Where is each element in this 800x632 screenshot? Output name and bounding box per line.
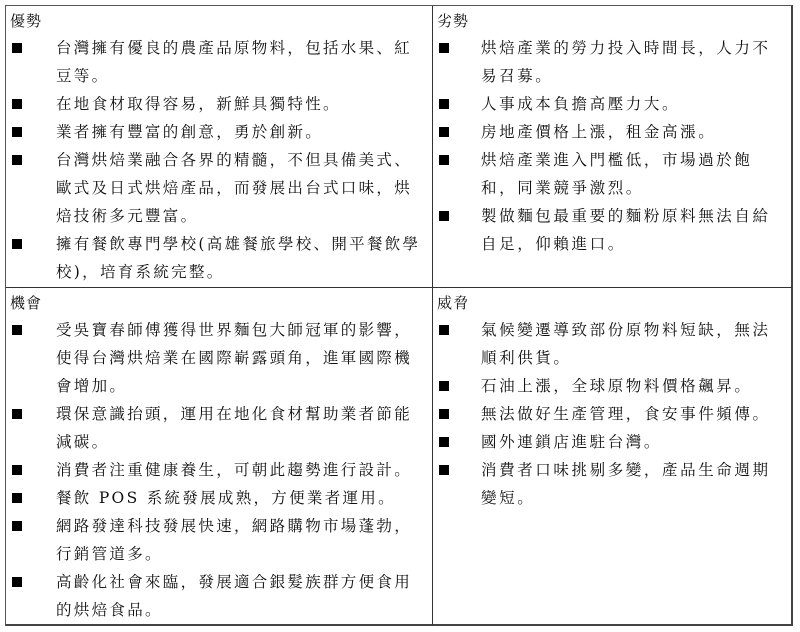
square-bullet-icon [439,381,449,391]
list-item: 人事成本負擔高壓力大。 [437,90,782,118]
list-item: 業者擁有豐富的創意，勇於創新。 [10,118,422,146]
list-item: 製做麵包最重要的麵粉原料無法自給自足，仰賴進口。 [437,202,782,258]
strengths-cell: 優勢 台灣擁有優良的農產品原物料，包括水果、紅豆等。 在地食材取得容易，新鮮具獨… [6,6,433,288]
strengths-title: 優勢 [10,8,422,34]
list-item: 石油上漲，全球原物料價格飆昇。 [437,372,782,400]
list-item: 受吳寶春師傅獲得世界麵包大師冠軍的影響，使得台灣烘焙業在國際嶄露頭角，進軍國際機… [10,316,422,400]
square-bullet-icon [12,493,22,503]
list-item: 台灣擁有優良的農產品原物料，包括水果、紅豆等。 [10,34,422,90]
square-bullet-icon [439,99,449,109]
list-item: 烘焙產業進入門檻低，市場過於飽和，同業競爭激烈。 [437,146,782,202]
square-bullet-icon [439,409,449,419]
list-item: 台灣烘焙業融合各界的精髓，不但具備美式、歐式及日式烘焙產品，而發展出台式口味，烘… [10,146,422,230]
square-bullet-icon [12,465,22,475]
square-bullet-icon [12,325,22,335]
square-bullet-icon [12,43,22,53]
threats-title: 威脅 [437,290,782,316]
weaknesses-cell: 劣勢 烘焙產業的勞力投入時間長，人力不易召募。 人事成本負擔高壓力大。 房地產價… [433,6,792,288]
square-bullet-icon [439,325,449,335]
list-item: 房地產價格上漲，租金高漲。 [437,118,782,146]
weaknesses-list: 烘焙產業的勞力投入時間長，人力不易召募。 人事成本負擔高壓力大。 房地產價格上漲… [437,34,782,258]
swot-table: 優勢 台灣擁有優良的農產品原物料，包括水果、紅豆等。 在地食材取得容易，新鮮具獨… [5,5,793,626]
square-bullet-icon [12,239,22,249]
list-item: 高齡化社會來臨，發展適合銀髮族群方便食用的烘焙食品。 [10,568,422,624]
threats-list: 氣候變遷導致部份原物料短缺，無法順利供貨。 石油上漲，全球原物料價格飆昇。 無法… [437,316,782,512]
list-item: 網路發達科技發展快速，網路購物市場蓬勃，行銷管道多。 [10,512,422,568]
square-bullet-icon [12,521,22,531]
list-item: 氣候變遷導致部份原物料短缺，無法順利供貨。 [437,316,782,372]
weaknesses-title: 劣勢 [437,8,782,34]
square-bullet-icon [439,211,449,221]
list-item: 國外連鎖店進駐台灣。 [437,428,782,456]
square-bullet-icon [12,155,22,165]
list-item: 消費者口味挑剔多變，產品生命週期變短。 [437,456,782,512]
square-bullet-icon [12,577,22,587]
list-item: 環保意識抬頭，運用在地化食材幫助業者節能減碳。 [10,400,422,456]
list-item: 擁有餐飲專門學校(高雄餐旅學校、開平餐飲學校)，培育系統完整。 [10,230,422,286]
threats-cell: 威脅 氣候變遷導致部份原物料短缺，無法順利供貨。 石油上漲，全球原物料價格飆昇。… [433,288,792,625]
list-item: 消費者注重健康養生，可朝此趨勢進行設計。 [10,456,422,484]
square-bullet-icon [12,99,22,109]
opportunities-list: 受吳寶春師傅獲得世界麵包大師冠軍的影響，使得台灣烘焙業在國際嶄露頭角，進軍國際機… [10,316,422,624]
list-item: 餐飲 POS 系統發展成熟，方便業者運用。 [10,484,422,512]
strengths-list: 台灣擁有優良的農產品原物料，包括水果、紅豆等。 在地食材取得容易，新鮮具獨特性。… [10,34,422,286]
list-item: 無法做好生產管理，食安事件頻傳。 [437,400,782,428]
square-bullet-icon [12,127,22,137]
opportunities-title: 機會 [10,290,422,316]
square-bullet-icon [439,155,449,165]
opportunities-cell: 機會 受吳寶春師傅獲得世界麵包大師冠軍的影響，使得台灣烘焙業在國際嶄露頭角，進軍… [6,288,433,625]
square-bullet-icon [439,465,449,475]
list-item: 在地食材取得容易，新鮮具獨特性。 [10,90,422,118]
list-item: 烘焙產業的勞力投入時間長，人力不易召募。 [437,34,782,90]
square-bullet-icon [439,43,449,53]
square-bullet-icon [439,127,449,137]
square-bullet-icon [439,437,449,447]
square-bullet-icon [12,409,22,419]
